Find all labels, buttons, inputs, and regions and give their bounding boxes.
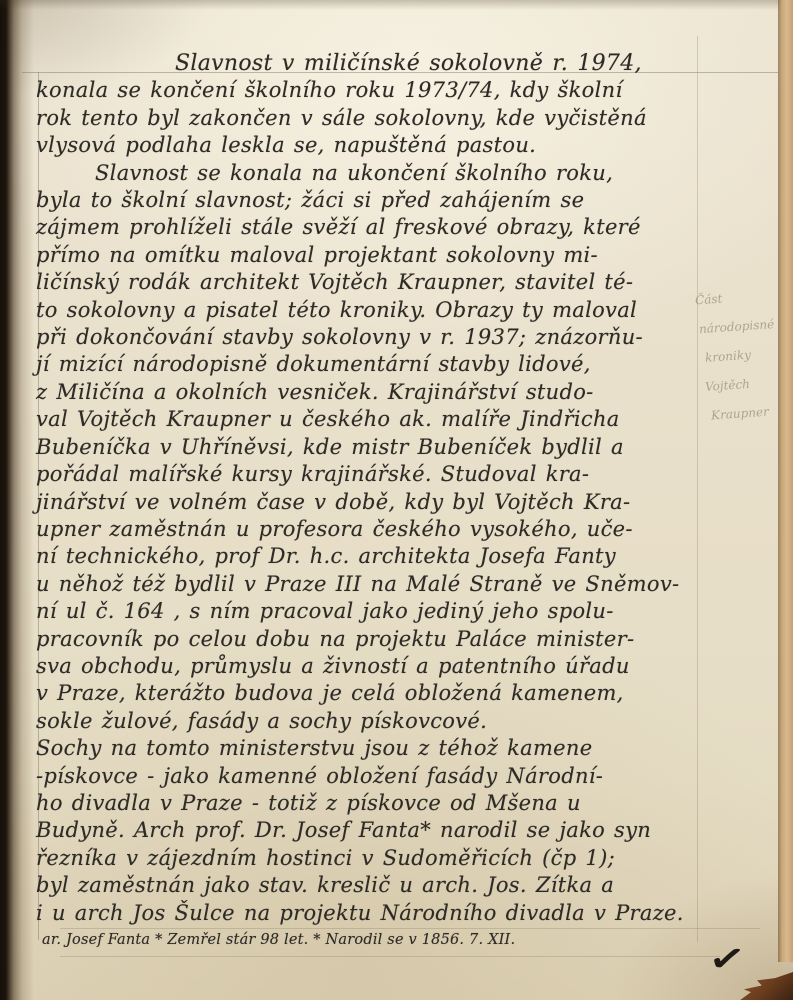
body-line: jí mizící národopisně dokumentární stavb… [36,351,764,378]
body-line: ličínský rodák architekt Vojtěch Kraupne… [36,269,764,296]
body-line: to sokolovny a pisatel této kroniky. Obr… [36,297,764,324]
body-line: Slavnost se konala na ukončení školního … [36,160,764,187]
body-line: ní ul č. 164 , s ním pracoval jako jedin… [36,598,764,625]
body-line: vlysová podlaha leskla se, napuštěná pas… [36,132,764,159]
body-line: sokle žulové, fasády a sochy pískovcové. [36,708,764,735]
page-edge-strip [778,0,793,962]
body-line: Sochy na tomto ministerstvu jsou z téhož… [36,735,764,762]
body-line: zájmem prohlíželi stále svěží al freskov… [36,214,764,241]
handwritten-text-block: Slavnost v miličínské sokolovně r. 1974,… [36,50,764,953]
body-line: rok tento byl zakončen v sále sokolovny,… [36,105,764,132]
body-line: Budyně. Arch prof. Dr. Josef Fanta* naro… [36,817,764,844]
book-gutter-shadow [0,0,34,1000]
body-line: ho divadla v Praze - totiž z pískovce od… [36,790,764,817]
manuscript-photo: Slavnost v miličínské sokolovně r. 1974,… [0,0,793,1000]
body-line: Bubeníčka v Uhříněvsi, kde mistr Bubeníč… [36,434,764,461]
body-line: jinářství ve volném čase v době, kdy byl… [36,489,764,516]
body-line: konala se končení školního roku 1973/74,… [36,77,764,104]
body-line: u něhož též bydlil v Praze III na Malé S… [36,571,764,598]
body-line: v Praze, kterážto budova je celá obložen… [36,680,764,707]
body-line: pořádal malířské kursy krajinářské. Stud… [36,461,764,488]
body-line: -pískovce - jako kamenné obložení fasády… [36,763,764,790]
body-line: pracovník po celou dobu na projektu Palá… [36,626,764,653]
body-line: byl zaměstnán jako stav. kreslič u arch.… [36,872,764,899]
pencil-rule-footnote-bottom [60,956,720,957]
body-line: sva obchodu, průmyslu a živností a paten… [36,653,764,680]
body-line: při dokončování stavby sokolovny v r. 19… [36,324,764,351]
body-line: řezníka v zájezdním hostinci v Sudoměřic… [36,845,764,872]
page-heading-line: Slavnost v miličínské sokolovně r. 1974, [36,50,764,77]
body-line: z Miličína a okolních vesniček. Krajinář… [36,379,764,406]
body-line: i u arch Jos Šulce na projektu Národního… [36,900,764,927]
body-line: ní technického, prof Dr. h.c. architekta… [36,543,764,570]
margin-note: Část národopisné kroniky Vojtěch Kraupne… [694,280,793,431]
top-edge-shadow [0,0,793,10]
checkmark-icon: ✓ [706,936,748,982]
margin-note-line: Kraupner [702,396,793,431]
body-line: val Vojtěch Kraupner u českého ak. malíř… [36,406,764,433]
footnote-line: ar. Josef Fanta * Zemřel stár 98 let. * … [36,927,764,953]
body-line: přímo na omítku maloval projektant sokol… [36,242,764,269]
body-line: byla to školní slavnost; žáci si před za… [36,187,764,214]
body-line: upner zaměstnán u profesora českého vyso… [36,516,764,543]
